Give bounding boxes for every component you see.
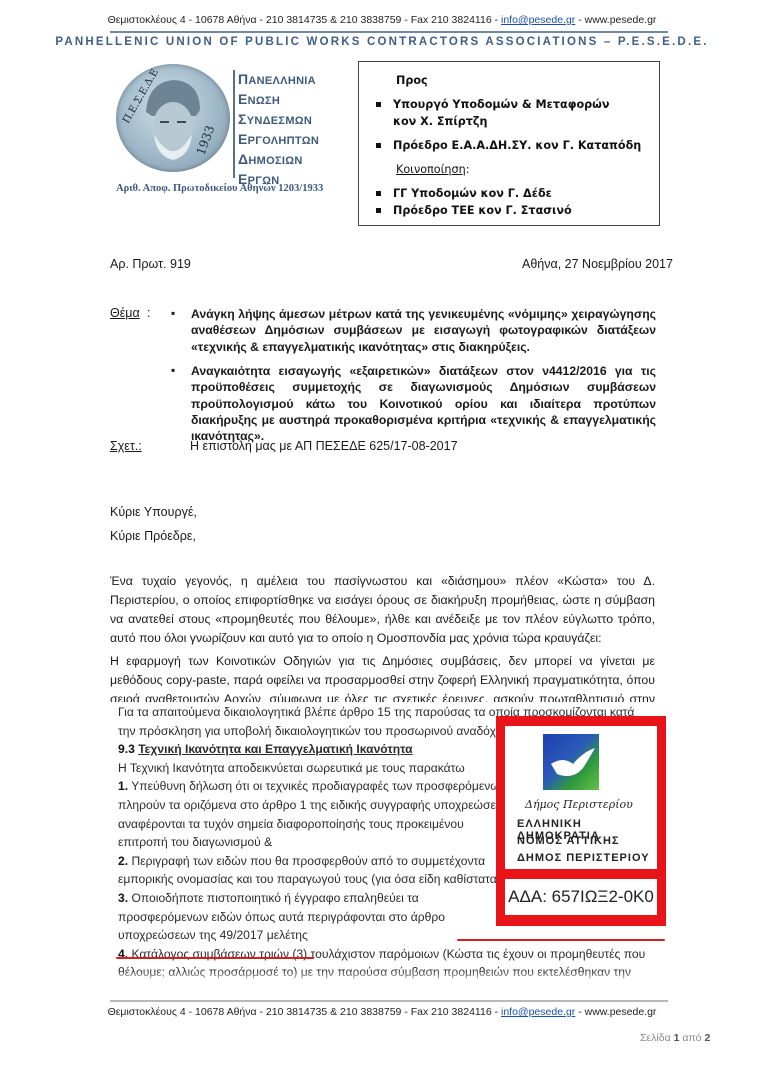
body-paragraph: Ένα τυχαίο γεγονός, η αμέλεια του πασίγν… bbox=[110, 572, 655, 648]
logo-divider bbox=[233, 70, 235, 178]
municipality-stamp-highlight: Δήμος Περιστερίου ΕΛΛΗΝΙΚΗ ΔΗΜΟΚΡΑΤΙΑ ΝΟ… bbox=[496, 716, 666, 926]
recipient-item: Υπουργό Υποδομών & Μεταφορών bbox=[376, 98, 610, 111]
dove-logo-icon bbox=[543, 734, 599, 790]
footer-email-link[interactable]: info@pesede.gr bbox=[501, 1006, 575, 1018]
excerpt-line: εμπορικής ονομασίας και του παραγωγού το… bbox=[118, 870, 499, 889]
footer-address: Θεμιστοκλέους 4 - 10678 Αθήνα - 210 3814… bbox=[108, 1006, 501, 1018]
svg-text:1933: 1933 bbox=[194, 124, 218, 157]
cc-label: Κοινοποίηση: bbox=[396, 163, 469, 176]
stamp-line: ΔΗΜΟΣ ΠΕΡΙΣΤΕΡΙΟΥ bbox=[517, 852, 650, 864]
footer-website: - www.pesede.gr bbox=[575, 1006, 656, 1018]
reference-label: Σχετ.: bbox=[110, 439, 142, 453]
letter-date: Αθήνα, 27 Νοεμβρίου 2017 bbox=[522, 257, 673, 271]
header-email-link[interactable]: info@pesede.gr bbox=[501, 14, 575, 26]
highlight-underline bbox=[457, 939, 665, 941]
excerpt-line: επιτροπή του διαγωνισμού & bbox=[118, 833, 272, 852]
greeting-minister: Κύριε Υπουργέ, bbox=[110, 505, 197, 519]
excerpt-line: 4. Κατάλογος συμβάσεων τριών (3) τουλάχι… bbox=[118, 945, 645, 964]
reference-text: Η επιστολή μας με ΑΠ ΠΕΣΕΔΕ 625/17-08-20… bbox=[190, 439, 458, 453]
excerpt-line: προσφερόμενων ειδών όπως αυτά περιγράφον… bbox=[118, 908, 445, 927]
bullet-icon bbox=[376, 143, 381, 148]
bullet-icon bbox=[376, 208, 381, 213]
bullet-icon: ▪ bbox=[171, 363, 175, 377]
bullet-icon bbox=[376, 191, 381, 196]
excerpt-line: 2. Περιγραφή των ειδών που θα προσφερθού… bbox=[118, 852, 485, 871]
excerpt-line: υποχρεώσεων της 49/2017 μελέτης bbox=[118, 926, 308, 945]
excerpt-line: Η Τεχνική Ικανότητα αποδεικνύεται σωρευτ… bbox=[118, 759, 465, 778]
excerpt-line: την πρόσκληση για υποβολή δικαιολογητικώ… bbox=[118, 722, 509, 741]
recipient-item: Πρόεδρο Ε.Α.Α.ΔΗ.ΣΥ. κον Γ. Καταπόδη bbox=[376, 139, 641, 152]
bullet-icon bbox=[376, 102, 381, 107]
union-name: PANHELLENIC UNION OF PUBLIC WORKS CONTRA… bbox=[0, 36, 764, 48]
footer-divider bbox=[110, 1000, 668, 1002]
highlight-underline bbox=[116, 957, 314, 959]
scan-fade bbox=[110, 970, 670, 984]
excerpt-line: αναφέρονται τα τυχόν σημεία διαφοροποίησ… bbox=[118, 815, 464, 834]
municipality-stamp: Δήμος Περιστερίου ΕΛΛΗΝΙΚΗ ΔΗΜΟΚΡΑΤΙΑ ΝΟ… bbox=[505, 726, 657, 869]
ada-code: ΑΔΑ: 657ΙΩΞ2-0Κ0 bbox=[505, 879, 657, 915]
excerpt-line: 9.3 Τεχνική Ικανότητα και Επαγγελματική … bbox=[118, 740, 413, 759]
tender-excerpt-image: Για τα απαιτούμενα δικαιολογητικά βλέπε … bbox=[110, 702, 670, 984]
subject-label: Θέμα bbox=[110, 306, 140, 320]
registration-number: Αριθ. Αποφ. Πρωτοδικείου Αθηνών 1203/193… bbox=[116, 183, 323, 194]
pesede-coin-logo: Π.Ε.Σ.Ε.Δ.Ε 1933 bbox=[116, 64, 230, 172]
stamp-line: ΝΟΜΟΣ ΑΤΤΙΚΗΣ bbox=[517, 835, 619, 847]
excerpt-line: πληρούν τα οριζόμενα στο άρθρο 1 της ειδ… bbox=[118, 796, 511, 815]
header-divider bbox=[110, 31, 668, 33]
pericles-head-icon: Π.Ε.Σ.Ε.Δ.Ε 1933 bbox=[116, 64, 230, 172]
subject-colon: : bbox=[147, 306, 150, 320]
excerpt-line: 1. Υπεύθυνη δήλωση ότι οι τεχνικές προδι… bbox=[118, 777, 506, 796]
municipality-signature: Δήμος Περιστερίου bbox=[525, 798, 633, 811]
to-label: Προς bbox=[396, 74, 428, 87]
greeting-president: Κύριε Πρόεδρε, bbox=[110, 529, 196, 543]
cc-item: ΓΓ Υποδομών κον Γ. Δέδε bbox=[376, 187, 552, 200]
protocol-number: Αρ. Πρωτ. 919 bbox=[110, 257, 191, 271]
cc-item: Πρόεδρο ΤΕΕ κον Γ. Στασινό bbox=[376, 204, 572, 217]
subject-item: Αναγκαιότητα εισαγωγής «εξαιρετικών» δια… bbox=[191, 363, 656, 444]
page-number: Σελίδα 1 από 2 bbox=[640, 1032, 710, 1044]
footer-contact: Θεμιστοκλέους 4 - 10678 Αθήνα - 210 3814… bbox=[0, 1006, 764, 1018]
excerpt-line: 3. Οποιοδήποτε πιστοποιητικό ή έγγραφο ε… bbox=[118, 889, 419, 908]
header-website: - www.pesede.gr bbox=[575, 14, 656, 26]
header-address: Θεμιστοκλέους 4 - 10678 Αθήνα - 210 3814… bbox=[108, 14, 501, 26]
header-contact: Θεμιστοκλέους 4 - 10678 Αθήνα - 210 3814… bbox=[0, 14, 764, 26]
bullet-icon: ▪ bbox=[171, 306, 175, 320]
recipient-item-line2: κον Χ. Σπίρτζη bbox=[393, 115, 488, 128]
subject-item: Ανάγκη λήψης άμεσων μέτρων κατά της γενι… bbox=[191, 306, 656, 355]
union-greek-name: ΠΑΝΕΛΛΗΝΙΑ ΕΝΩΣΗ ΣΥΝΔΕΣΜΩΝ ΕΡΓΟΛΗΠΤΩΝ ΔΗ… bbox=[238, 70, 319, 190]
